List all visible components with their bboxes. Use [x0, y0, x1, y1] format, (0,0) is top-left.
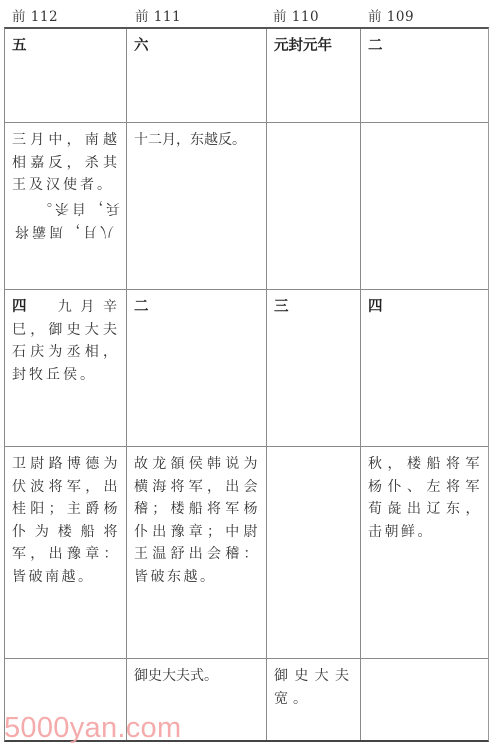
flipped-event-text: 八月，周霸将兵，自杀。	[12, 197, 120, 242]
cell-censor-110: 御史大夫宽。	[267, 659, 360, 742]
cell-events-112: 三月中，南越相嘉反，杀其王及汉使者。 八月，周霸将兵，自杀。	[5, 123, 126, 289]
year-header-4: 前 109	[368, 5, 414, 25]
reign-year-label: 六	[134, 38, 149, 54]
chronology-table: 五 六 元封元年 二 三月中，南越相嘉反，杀其王及汉使者。 八月，周霸将兵，自杀…	[4, 27, 489, 742]
event-text: 三月中，南越相嘉反，杀其王及汉使者。	[12, 132, 120, 193]
cell-reign-110: 元封元年	[267, 29, 360, 122]
cell-reign-109: 二	[361, 29, 488, 122]
cell-censor-109	[361, 659, 488, 742]
chancellor-year-label: 四	[12, 299, 35, 315]
generals-text: 秋，楼船将军杨仆、左将军荀彘出辽东，击朝鲜。	[368, 456, 482, 540]
chancellor-year-label: 二	[134, 299, 149, 315]
cell-generals-111: 故龙頟侯韩说为横海将军，出会稽；楼船将军杨仆出豫章；中尉王温舒出会稽：皆破东越。	[127, 447, 266, 658]
cell-chancellor-111: 二	[127, 290, 266, 446]
cell-chancellor-112: 四 九月辛巳，御史大夫石庆为丞相，封牧丘侯。	[5, 290, 126, 446]
cell-events-109	[361, 123, 488, 289]
event-text: 十二月，东越反。	[134, 132, 246, 148]
chancellor-year-label: 三	[274, 299, 289, 315]
cell-reign-111: 六	[127, 29, 266, 122]
cell-generals-112: 卫尉路博德为伏波将军，出桂阳；主爵杨仆为楼船将军，出豫章：皆破南越。	[5, 447, 126, 658]
cell-generals-109: 秋，楼船将军杨仆、左将军荀彘出辽东，击朝鲜。	[361, 447, 488, 658]
cell-events-110	[267, 123, 360, 289]
reign-year-label: 元封元年	[274, 38, 332, 54]
year-header-2: 前 111	[135, 5, 181, 25]
censor-text: 御史大夫式。	[134, 668, 218, 684]
site-watermark: 5000yan.com	[4, 712, 181, 745]
cell-reign-112: 五	[5, 29, 126, 122]
reign-year-label: 二	[368, 38, 383, 54]
censor-text: 御史大夫宽。	[274, 668, 354, 707]
reign-year-label: 五	[12, 38, 27, 54]
year-header-1: 前 112	[12, 5, 58, 25]
cell-events-111: 十二月，东越反。	[127, 123, 266, 289]
cell-generals-110	[267, 447, 360, 658]
generals-text: 卫尉路博德为伏波将军，出桂阳；主爵杨仆为楼船将军，出豫章：皆破南越。	[12, 456, 120, 585]
generals-text: 故龙頟侯韩说为横海将军，出会稽；楼船将军杨仆出豫章；中尉王温舒出会稽：皆破东越。	[134, 456, 260, 585]
year-header-3: 前 110	[273, 5, 319, 25]
chancellor-year-label: 四	[368, 299, 383, 315]
cell-chancellor-109: 四	[361, 290, 488, 446]
cell-chancellor-110: 三	[267, 290, 360, 446]
